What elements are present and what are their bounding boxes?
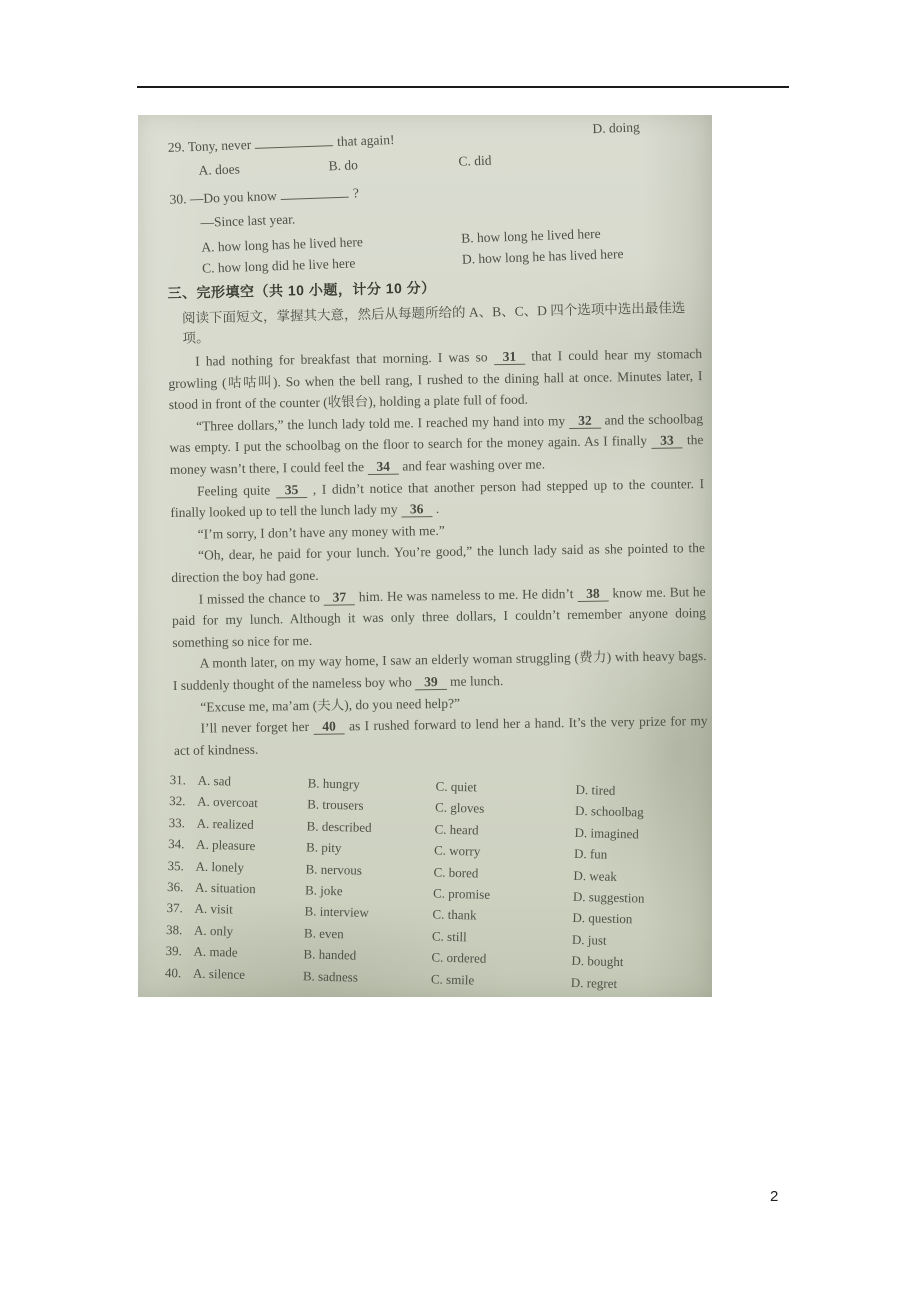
cloze-blank: 31 (494, 350, 526, 365)
question-29-blank (255, 132, 333, 149)
question-29-stem-post: that again! (337, 132, 395, 149)
option-cell-c: C. smile (431, 968, 571, 993)
option-number: 32. (169, 791, 198, 813)
cloze-options-table: 31.A. sadB. hungryC. quietD. tired32.A. … (165, 769, 712, 996)
top-horizontal-rule (137, 86, 789, 88)
page-number: 2 (770, 1188, 778, 1205)
document-page: { "page_number": "2", "questions": { "q2… (0, 0, 920, 1302)
option-number: 36. (167, 876, 196, 898)
option-number: 39. (165, 940, 194, 962)
multiple-choice-section: 29. Tony, neverthat again! D. doing A. d… (138, 119, 712, 281)
exam-footer-title: 英语试卷 (310, 996, 366, 997)
question-29-option-b: B. do (328, 157, 358, 174)
option-cell-d: D. regret (571, 972, 707, 997)
passage-paragraph: “Three dollars,” the lunch lady told me.… (169, 408, 704, 481)
question-30-blank (280, 184, 348, 200)
question-29-option-c: C. did (458, 153, 492, 170)
passage-paragraph: I’ll never forget her 40 as I rushed for… (173, 710, 708, 761)
question-29-stem-pre: 29. Tony, never (168, 137, 252, 155)
question-30-question-mark: ? (353, 185, 360, 200)
cloze-section-header: 三、完形填空（共 10 小题，计分 10 分） 阅读下面短文，掌握其大意，然后从… (167, 272, 712, 347)
question-29-option-a: A. does (198, 161, 240, 178)
cloze-instruction: 阅读下面短文，掌握其大意，然后从每题所给的 A、B、C、D 四个选项中选出最佳选… (182, 296, 712, 347)
cloze-blank: 34 (367, 460, 399, 475)
cloze-passage: I had nothing for breakfast that morning… (168, 343, 708, 761)
cloze-blank: 36 (401, 502, 433, 517)
question-29-option-d: D. doing (592, 119, 640, 137)
scanned-exam-photo: 29. Tony, neverthat again! D. doing A. d… (138, 115, 712, 997)
option-number: 38. (166, 919, 195, 941)
cloze-blank: 37 (324, 590, 356, 605)
option-number: 37. (166, 898, 195, 920)
question-30-stem: 30. —Do you know (169, 188, 277, 207)
option-number: 33. (168, 812, 197, 834)
cloze-blank: 35 (276, 483, 308, 498)
option-number: 34. (168, 833, 197, 855)
cloze-blank: 38 (577, 586, 609, 601)
cloze-blank: 33 (651, 434, 683, 449)
option-cell-b: B. sadness (303, 965, 431, 990)
cloze-blank: 39 (415, 675, 447, 690)
option-number: 40. (165, 962, 194, 984)
passage-paragraph: I had nothing for breakfast that morning… (168, 343, 703, 416)
option-number: 35. (167, 855, 196, 877)
cloze-blank: 32 (569, 413, 601, 428)
option-number: 31. (169, 769, 198, 791)
option-cell-a: 40.A. silence (165, 962, 303, 987)
cloze-blank: 40 (313, 720, 345, 735)
passage-paragraph: I missed the chance to 37 him. He was na… (172, 581, 707, 654)
